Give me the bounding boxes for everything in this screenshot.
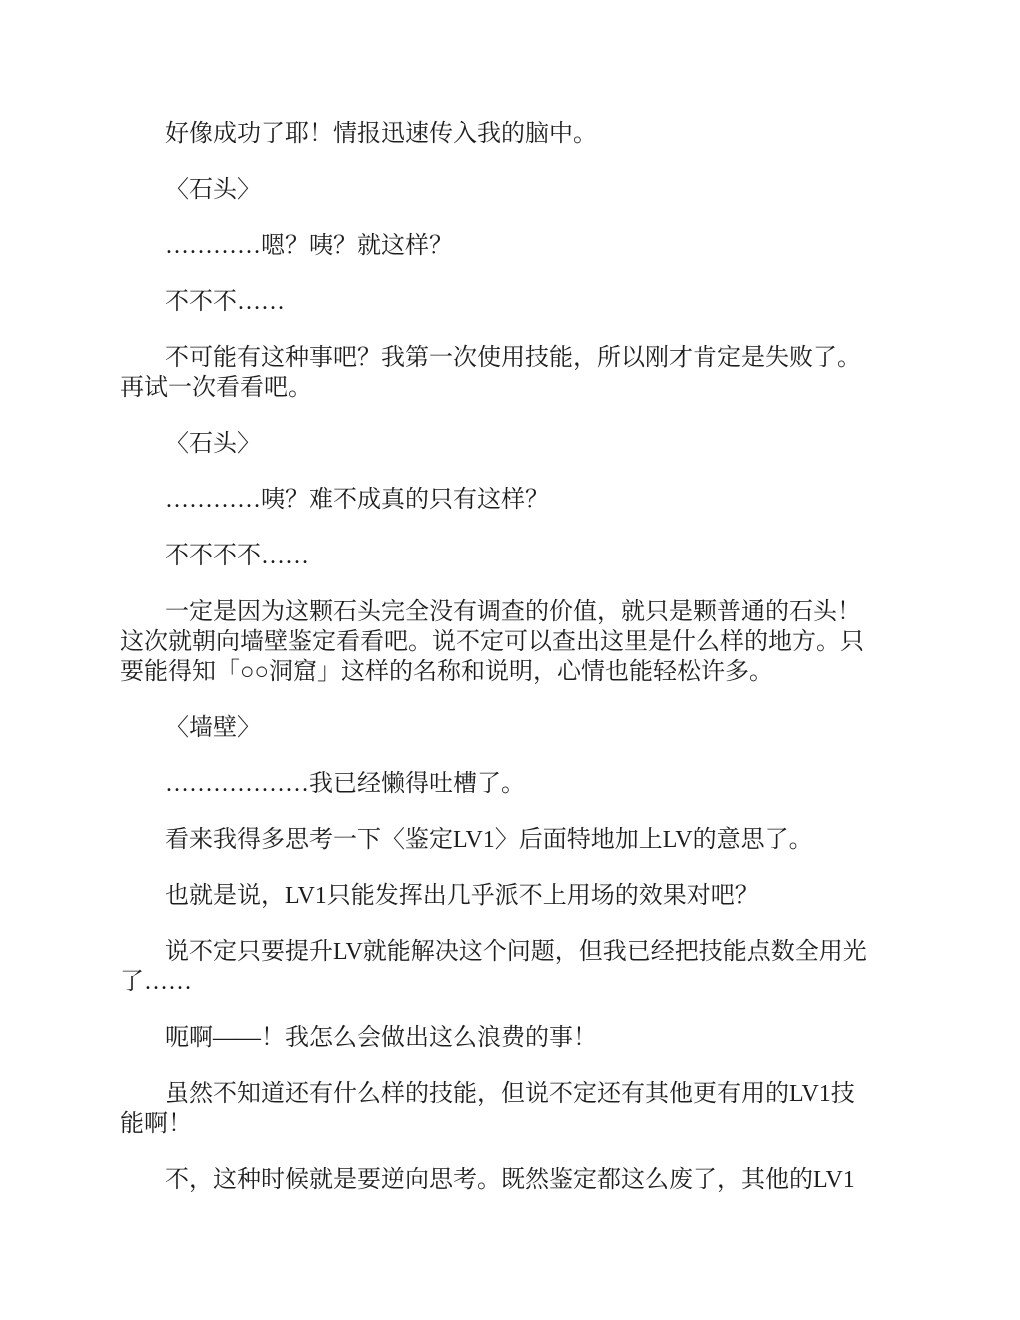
paragraph: 〈石头〉 bbox=[120, 175, 868, 205]
paragraph: 呃啊——！我怎么会做出这么浪费的事！ bbox=[120, 1023, 868, 1053]
paragraph: ………………我已经懒得吐槽了。 bbox=[120, 769, 868, 799]
text-content: 好像成功了耶！情报迅速传入我的脑中。 〈石头〉 …………嗯？咦？就这样？ 不不不… bbox=[120, 119, 868, 1195]
paragraph: 不不不不…… bbox=[120, 541, 868, 571]
paragraph: 〈石头〉 bbox=[120, 429, 868, 459]
paragraph: 不可能有这种事吧？我第一次使用技能，所以刚才肯定是失败了。再试一次看看吧。 bbox=[120, 343, 868, 403]
paragraph: 一定是因为这颗石头完全没有调查的价值，就只是颗普通的石头！这次就朝向墙壁鉴定看看… bbox=[120, 597, 868, 687]
paragraph: …………嗯？咦？就这样？ bbox=[120, 231, 868, 261]
paragraph: 也就是说，LV1只能发挥出几乎派不上用场的效果对吧？ bbox=[120, 881, 868, 911]
paragraph: 好像成功了耶！情报迅速传入我的脑中。 bbox=[120, 119, 868, 149]
paragraph: …………咦？难不成真的只有这样？ bbox=[120, 485, 868, 515]
paragraph: 看来我得多思考一下〈鉴定LV1〉后面特地加上LV的意思了。 bbox=[120, 825, 868, 855]
paragraph: 不，这种时候就是要逆向思考。既然鉴定都这么废了，其他的LV1 bbox=[120, 1165, 868, 1195]
paragraph: 不不不…… bbox=[120, 287, 868, 317]
paragraph: 说不定只要提升LV就能解决这个问题，但我已经把技能点数全用光了…… bbox=[120, 937, 868, 997]
paragraph: 虽然不知道还有什么样的技能，但说不定还有其他更有用的LV1技能啊！ bbox=[120, 1079, 868, 1139]
document-page: 好像成功了耶！情报迅速传入我的脑中。 〈石头〉 …………嗯？咦？就这样？ 不不不… bbox=[0, 0, 1020, 1320]
paragraph: 〈墙壁〉 bbox=[120, 713, 868, 743]
